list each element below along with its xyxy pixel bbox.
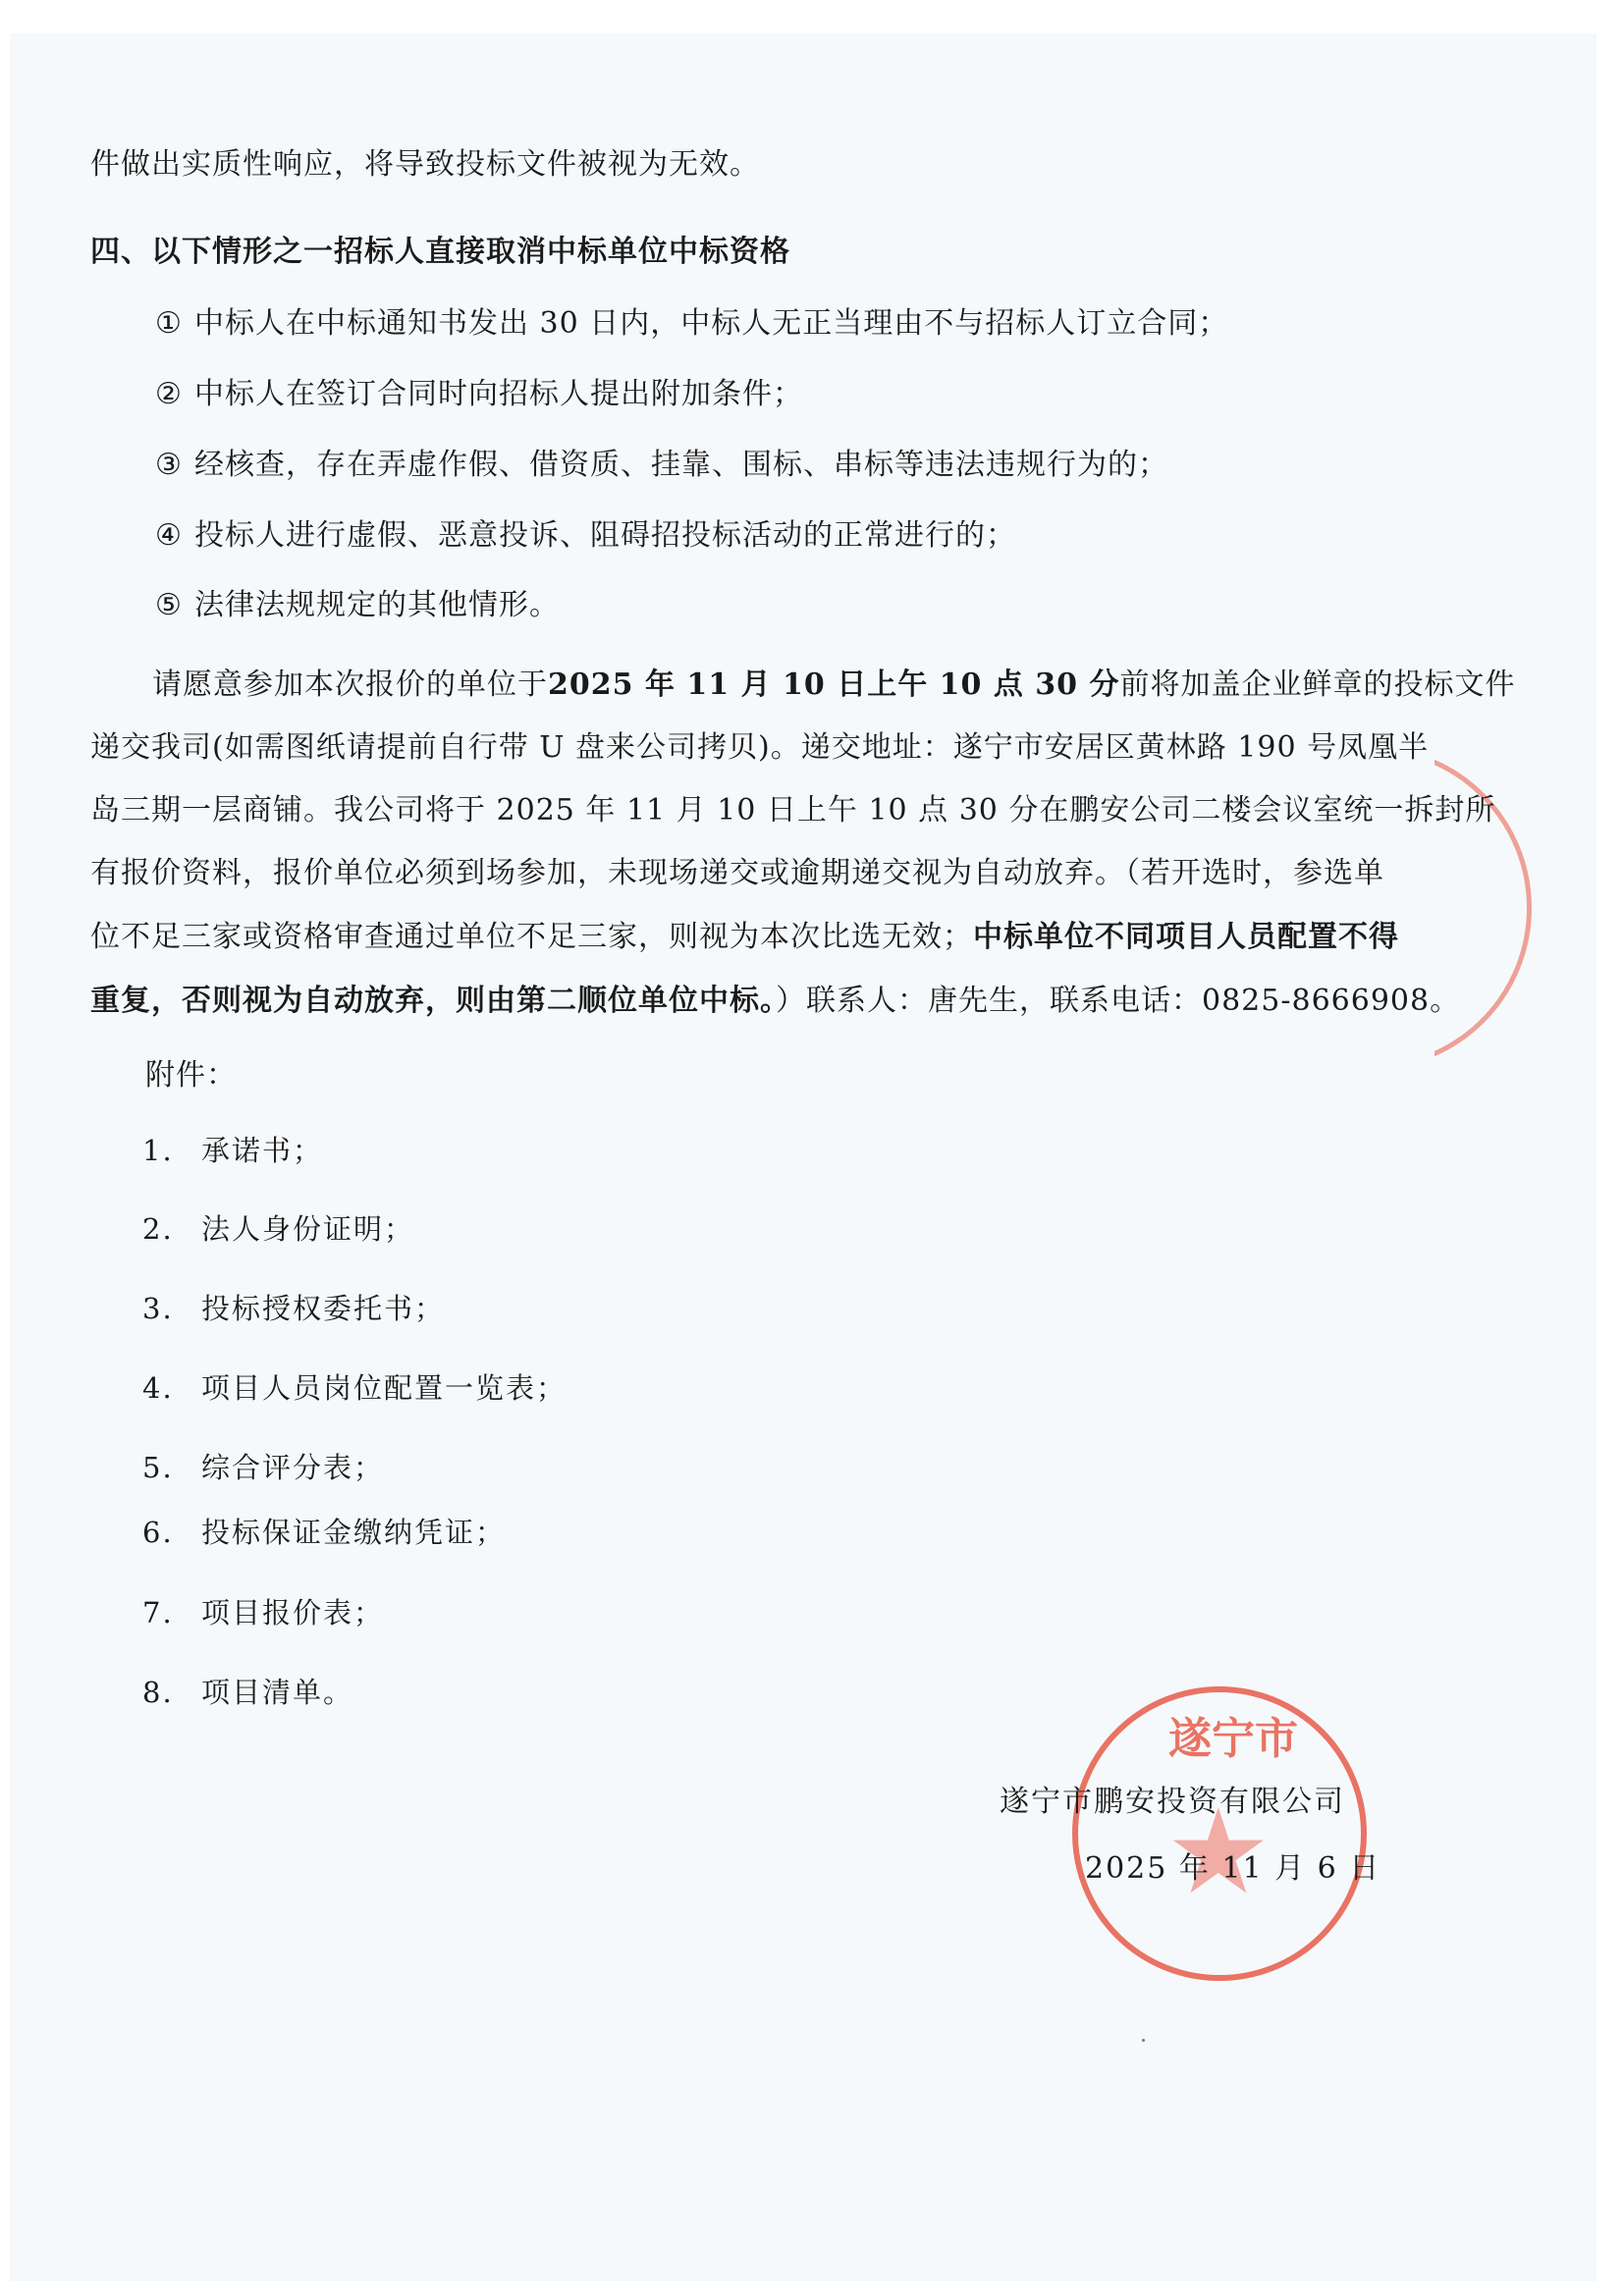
contact-text: ）联系人：唐先生，联系电话：0825-8666908。	[776, 984, 1460, 1018]
attachment-text: 投标保证金缴纳凭证；	[201, 1516, 506, 1549]
condition-marker: ③	[155, 446, 194, 485]
condition-item: ③经核查，存在弄虚作假、借资质、挂靠、围标、串标等违法违规行为的；	[155, 446, 1168, 485]
attachment-number: 3.	[142, 1289, 201, 1328]
condition-marker: ②	[155, 375, 194, 414]
attachment-number: 2.	[142, 1209, 201, 1249]
condition-text: 经核查，存在弄虚作假、借资质、挂靠、围标、串标等违法违规行为的；	[194, 448, 1168, 482]
attachment-item: 3.投标授权委托书；	[142, 1289, 445, 1328]
continuation-line: 件做出实质性响应，将导致投标文件被视为无效。	[90, 145, 760, 185]
attachment-item: 8.项目清单。	[142, 1673, 353, 1712]
notice-text: 前将加盖企业鲜章的投标文件	[1120, 667, 1516, 702]
attachment-text: 法人身份证明；	[201, 1212, 414, 1246]
notice-line-1: 请愿意参加本次报价的单位于2025 年 11 月 10 日上午 10 点 30 …	[152, 666, 1516, 705]
signature-company: 遂宁市鹏安投资有限公司	[1000, 1777, 1345, 1820]
condition-item: ⑤法律法规规定的其他情形。	[155, 586, 560, 625]
attachment-item: 6.投标保证金缴纳凭证；	[142, 1513, 506, 1552]
attachment-text: 项目报价表；	[201, 1596, 384, 1629]
attachment-item: 7.项目报价表；	[142, 1593, 384, 1632]
condition-text: 法律法规规定的其他情形。	[194, 588, 560, 622]
attachment-number: 1.	[142, 1131, 201, 1170]
attachment-item: 2.法人身份证明；	[142, 1209, 414, 1249]
condition-marker: ④	[155, 516, 194, 556]
signature-date: 2025 年 11 月 6 日	[1085, 1843, 1380, 1887]
condition-text: 中标人在中标通知书发出 30 日内，中标人无正当理由不与招标人订立合同；	[194, 306, 1228, 341]
notice-line-2: 递交我司(如需图纸请提前自行带 U 盘来公司拷贝)。递交地址：遂宁市安居区黄林路…	[90, 728, 1429, 768]
attachment-text: 综合评分表；	[201, 1451, 384, 1484]
attachments-label: 附件：	[145, 1056, 237, 1095]
attachment-number: 5.	[142, 1448, 201, 1487]
condition-text: 投标人进行虚假、恶意投诉、阻碍招投标活动的正常进行的；	[194, 518, 1016, 553]
attachment-item: 4.项目人员岗位配置一览表；	[142, 1368, 567, 1408]
stamp-top-text: 遂宁市	[1168, 1703, 1298, 1766]
notice-text: 请愿意参加本次报价的单位于	[152, 667, 548, 702]
notice-text: 位不足三家或资格审查通过单位不足三家，则视为本次比选无效；	[90, 920, 973, 954]
emphasis-text: 重复，否则视为自动放弃，则由第二顺位单位中标。	[90, 984, 776, 1018]
attachment-item: 1.承诺书；	[142, 1131, 323, 1170]
attachment-number: 7.	[142, 1593, 201, 1632]
deadline-text: 2025 年 11 月 10 日上午 10 点 30 分	[548, 667, 1120, 702]
attachment-text: 投标授权委托书；	[201, 1292, 445, 1325]
emphasis-text: 中标单位不同项目人员配置不得	[973, 920, 1399, 954]
section-heading: 四、以下情形之一招标人直接取消中标单位中标资格	[90, 233, 790, 272]
notice-line-3: 岛三期一层商铺。我公司将于 2025 年 11 月 10 日上午 10 点 30…	[90, 791, 1495, 830]
condition-item: ④投标人进行虚假、恶意投诉、阻碍招投标活动的正常进行的；	[155, 516, 1016, 556]
attachment-number: 8.	[142, 1673, 201, 1712]
attachment-text: 承诺书；	[201, 1134, 323, 1167]
attachment-number: 4.	[142, 1368, 201, 1408]
notice-line-4: 有报价资料，报价单位必须到场参加，未现场递交或逾期递交视为自动放弃。（若开选时，…	[90, 854, 1384, 893]
attachment-number: 6.	[142, 1513, 201, 1552]
condition-item: ①中标人在中标通知书发出 30 日内，中标人无正当理由不与招标人订立合同；	[155, 304, 1228, 344]
attachment-text: 项目清单。	[201, 1676, 353, 1709]
notice-line-6: 重复，否则视为自动放弃，则由第二顺位单位中标。）联系人：唐先生，联系电话：082…	[90, 982, 1460, 1021]
condition-marker: ①	[155, 304, 194, 344]
condition-text: 中标人在签订合同时向招标人提出附加条件；	[194, 377, 803, 411]
scan-speck	[1142, 2039, 1145, 2042]
notice-line-5: 位不足三家或资格审查通过单位不足三家，则视为本次比选无效；中标单位不同项目人员配…	[90, 918, 1399, 957]
attachment-item: 5.综合评分表；	[142, 1448, 384, 1487]
attachment-text: 项目人员岗位配置一览表；	[201, 1371, 567, 1405]
condition-item: ②中标人在签订合同时向招标人提出附加条件；	[155, 375, 803, 414]
condition-marker: ⑤	[155, 586, 194, 625]
